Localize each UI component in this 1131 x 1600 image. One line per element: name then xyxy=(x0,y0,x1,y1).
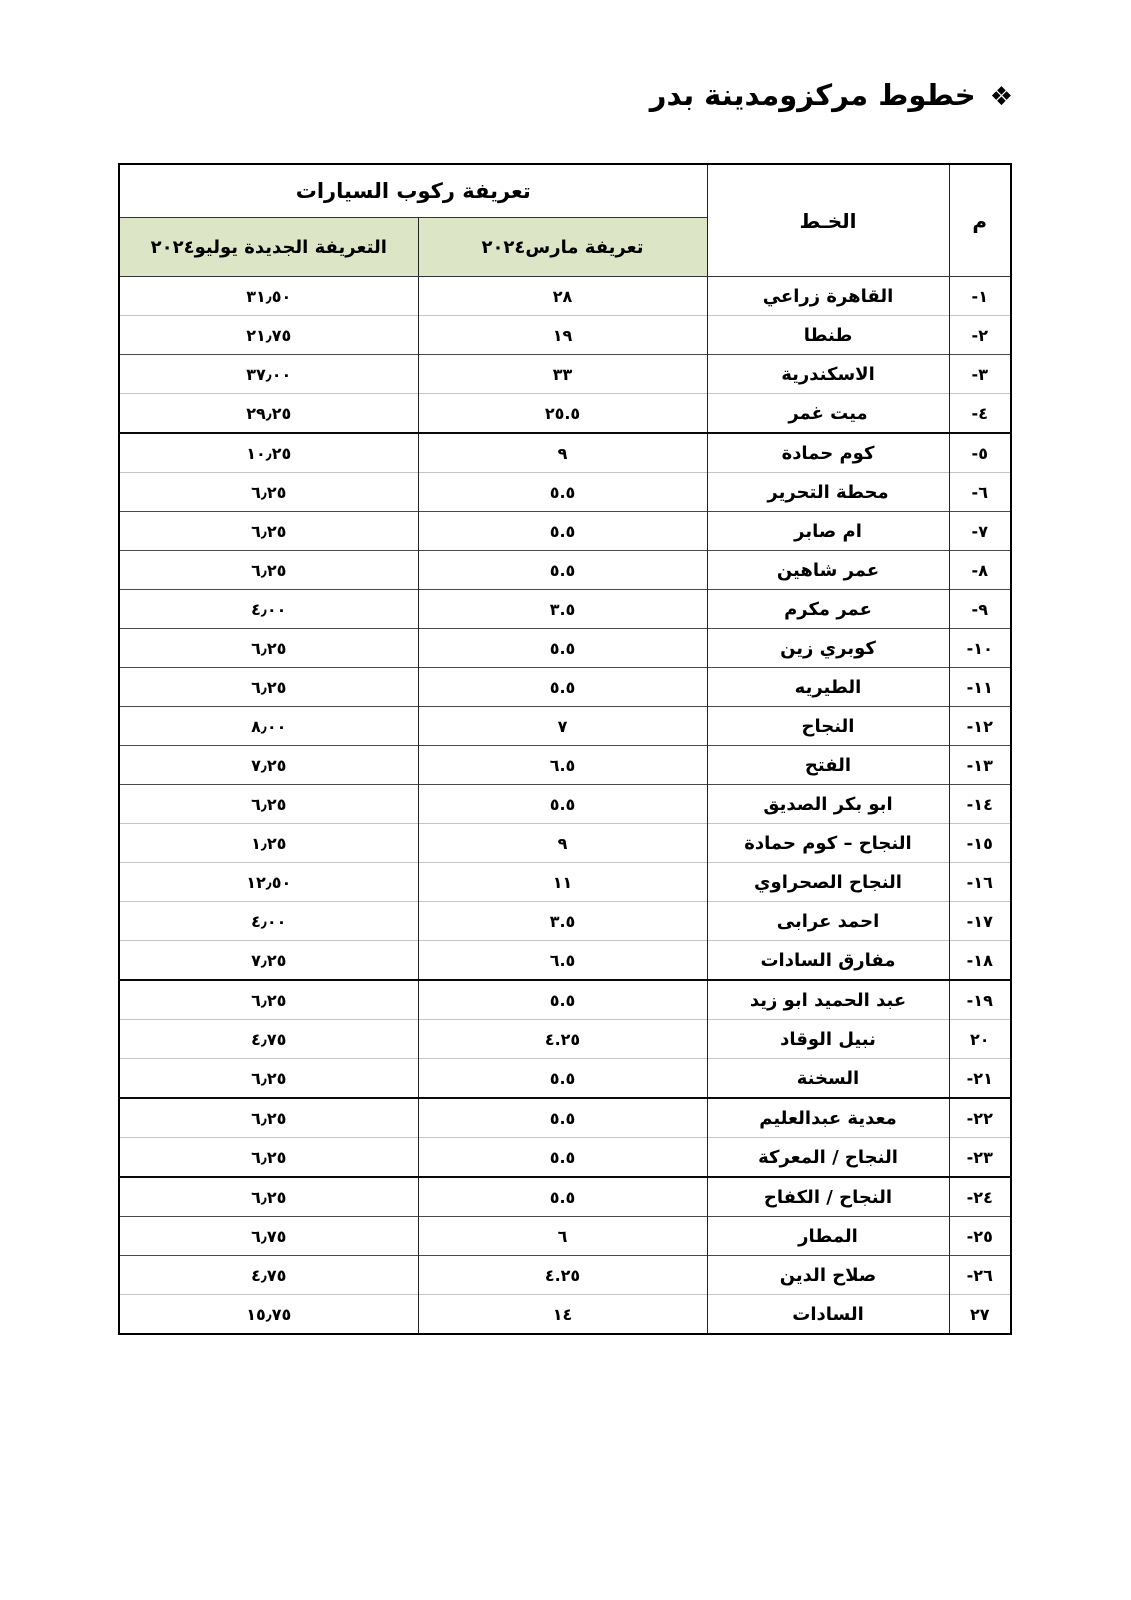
line-name-cell: النجاح xyxy=(707,707,949,746)
table-row: ٢٠نبيل الوقاد٤.٢٥٤٫٧٥ xyxy=(119,1020,1011,1059)
row-number-cell: -٢١ xyxy=(949,1059,1011,1099)
table-row: -١٥النجاح – كوم حمادة٩١٫٢٥ xyxy=(119,824,1011,863)
row-number-cell: -١٣ xyxy=(949,746,1011,785)
table-row: -٢٥المطار٦٦٫٧٥ xyxy=(119,1217,1011,1256)
new-fare-cell: ٣٧٫٠٠ xyxy=(119,355,418,394)
march-fare-cell: ٩ xyxy=(418,433,707,473)
march-fare-cell: ٦ xyxy=(418,1217,707,1256)
row-number-cell: -٨ xyxy=(949,551,1011,590)
column-header-number: م xyxy=(949,164,1011,277)
new-fare-cell: ٦٫٢٥ xyxy=(119,785,418,824)
march-fare-cell: ١٤ xyxy=(418,1295,707,1335)
new-fare-cell: ٦٫٢٥ xyxy=(119,551,418,590)
new-fare-cell: ١٢٫٥٠ xyxy=(119,863,418,902)
fare-table-header: م الخـط تعريفة ركوب السيارات تعريفة مارس… xyxy=(119,164,1011,277)
table-row: -٩عمر مكرم٣.٥٤٫٠٠ xyxy=(119,590,1011,629)
line-name-cell: طنطا xyxy=(707,316,949,355)
document-page: ❖ خطوط مركزومدينة بدر م الخـط تعريفة ركو… xyxy=(0,0,1131,1600)
new-fare-cell: ١٥٫٧٥ xyxy=(119,1295,418,1335)
new-fare-cell: ٢٩٫٢٥ xyxy=(119,394,418,434)
new-fare-cell: ٨٫٠٠ xyxy=(119,707,418,746)
table-row: ٢٧السادات١٤١٥٫٧٥ xyxy=(119,1295,1011,1335)
new-fare-cell: ٢١٫٧٥ xyxy=(119,316,418,355)
line-name-cell: محطة التحرير xyxy=(707,473,949,512)
table-row: -١٧احمد عرابى٣.٥٤٫٠٠ xyxy=(119,902,1011,941)
line-name-cell: القاهرة زراعي xyxy=(707,277,949,316)
march-fare-cell: ٣.٥ xyxy=(418,590,707,629)
new-fare-cell: ٦٫٢٥ xyxy=(119,1098,418,1138)
table-row: -١٦النجاح الصحراوي١١١٢٫٥٠ xyxy=(119,863,1011,902)
line-name-cell: معدية عبدالعليم xyxy=(707,1098,949,1138)
fare-table-body: -١القاهرة زراعي٢٨٣١٫٥٠-٢طنطا١٩٢١٫٧٥-٣الا… xyxy=(119,277,1011,1335)
line-name-cell: كوم حمادة xyxy=(707,433,949,473)
march-fare-cell: ٤.٢٥ xyxy=(418,1020,707,1059)
table-row: -١١الطيريه٥.٥٦٫٢٥ xyxy=(119,668,1011,707)
line-name-cell: النجاح – كوم حمادة xyxy=(707,824,949,863)
row-number-cell: -١١ xyxy=(949,668,1011,707)
row-number-cell: -١ xyxy=(949,277,1011,316)
new-fare-cell: ٤٫٧٥ xyxy=(119,1256,418,1295)
row-number-cell: -١٨ xyxy=(949,941,1011,981)
new-fare-cell: ١٫٢٥ xyxy=(119,824,418,863)
row-number-cell: -١٦ xyxy=(949,863,1011,902)
column-header-march-2024-tariff: تعريفة مارس٢٠٢٤ xyxy=(418,218,707,277)
fare-table: م الخـط تعريفة ركوب السيارات تعريفة مارس… xyxy=(118,163,1012,1335)
line-name-cell: ميت غمر xyxy=(707,394,949,434)
header-row-top: م الخـط تعريفة ركوب السيارات xyxy=(119,164,1011,218)
march-fare-cell: ٤.٢٥ xyxy=(418,1256,707,1295)
march-fare-cell: ١٩ xyxy=(418,316,707,355)
march-fare-cell: ٥.٥ xyxy=(418,1138,707,1178)
table-row: -٣الاسكندرية٣٣٣٧٫٠٠ xyxy=(119,355,1011,394)
table-row: -١القاهرة زراعي٢٨٣١٫٥٠ xyxy=(119,277,1011,316)
row-number-cell: -٣ xyxy=(949,355,1011,394)
new-fare-cell: ٦٫٢٥ xyxy=(119,473,418,512)
new-fare-cell: ٦٫٧٥ xyxy=(119,1217,418,1256)
march-fare-cell: ٥.٥ xyxy=(418,980,707,1020)
table-row: -٦محطة التحرير٥.٥٦٫٢٥ xyxy=(119,473,1011,512)
row-number-cell: -١٤ xyxy=(949,785,1011,824)
march-fare-cell: ٣.٥ xyxy=(418,902,707,941)
line-name-cell: الاسكندرية xyxy=(707,355,949,394)
march-fare-cell: ٥.٥ xyxy=(418,473,707,512)
line-name-cell: نبيل الوقاد xyxy=(707,1020,949,1059)
new-fare-cell: ٤٫٠٠ xyxy=(119,902,418,941)
march-fare-cell: ٥.٥ xyxy=(418,1059,707,1099)
line-name-cell: النجاح / المعركة xyxy=(707,1138,949,1178)
row-number-cell: ٢٧ xyxy=(949,1295,1011,1335)
line-name-cell: المطار xyxy=(707,1217,949,1256)
table-row: -٢٢معدية عبدالعليم٥.٥٦٫٢٥ xyxy=(119,1098,1011,1138)
row-number-cell: -٦ xyxy=(949,473,1011,512)
row-number-cell: -١٠ xyxy=(949,629,1011,668)
march-fare-cell: ٥.٥ xyxy=(418,551,707,590)
table-row: -١٩عبد الحميد ابو زيد٥.٥٦٫٢٥ xyxy=(119,980,1011,1020)
new-fare-cell: ٦٫٢٥ xyxy=(119,1138,418,1178)
table-row: -١٣الفتح٦.٥٧٫٢٥ xyxy=(119,746,1011,785)
line-name-cell: السادات xyxy=(707,1295,949,1335)
table-row: -١٤ابو بكر الصديق٥.٥٦٫٢٥ xyxy=(119,785,1011,824)
row-number-cell: -٧ xyxy=(949,512,1011,551)
new-fare-cell: ٦٫٢٥ xyxy=(119,980,418,1020)
row-number-cell: -١٩ xyxy=(949,980,1011,1020)
document-title-row: ❖ خطوط مركزومدينة بدر xyxy=(118,78,1013,112)
column-header-new-july-2024-tariff: التعريفة الجديدة يوليو٢٠٢٤ xyxy=(119,218,418,277)
row-number-cell: ٢٠ xyxy=(949,1020,1011,1059)
row-number-cell: -٢٤ xyxy=(949,1177,1011,1217)
row-number-cell: -٢٢ xyxy=(949,1098,1011,1138)
line-name-cell: مفارق السادات xyxy=(707,941,949,981)
march-fare-cell: ١١ xyxy=(418,863,707,902)
line-name-cell: عمر شاهين xyxy=(707,551,949,590)
table-row: -١٨مفارق السادات٦.٥٧٫٢٥ xyxy=(119,941,1011,981)
new-fare-cell: ٣١٫٥٠ xyxy=(119,277,418,316)
line-name-cell: ابو بكر الصديق xyxy=(707,785,949,824)
new-fare-cell: ٦٫٢٥ xyxy=(119,629,418,668)
march-fare-cell: ٧ xyxy=(418,707,707,746)
table-row: -٧ام صابر٥.٥٦٫٢٥ xyxy=(119,512,1011,551)
new-fare-cell: ٦٫٢٥ xyxy=(119,512,418,551)
row-number-cell: -٩ xyxy=(949,590,1011,629)
new-fare-cell: ٦٫٢٥ xyxy=(119,1177,418,1217)
march-fare-cell: ٥.٥ xyxy=(418,668,707,707)
table-row: -٨عمر شاهين٥.٥٦٫٢٥ xyxy=(119,551,1011,590)
march-fare-cell: ٦.٥ xyxy=(418,746,707,785)
row-number-cell: -٤ xyxy=(949,394,1011,434)
new-fare-cell: ٧٫٢٥ xyxy=(119,941,418,981)
line-name-cell: صلاح الدين xyxy=(707,1256,949,1295)
row-number-cell: -١٢ xyxy=(949,707,1011,746)
line-name-cell: كوبري زين xyxy=(707,629,949,668)
table-row: -٤ميت غمر٢٥.٥٢٩٫٢٥ xyxy=(119,394,1011,434)
line-name-cell: احمد عرابى xyxy=(707,902,949,941)
march-fare-cell: ٢٥.٥ xyxy=(418,394,707,434)
table-row: -٢٤النجاح / الكفاح٥.٥٦٫٢٥ xyxy=(119,1177,1011,1217)
new-fare-cell: ١٠٫٢٥ xyxy=(119,433,418,473)
line-name-cell: عبد الحميد ابو زيد xyxy=(707,980,949,1020)
row-number-cell: -١٥ xyxy=(949,824,1011,863)
row-number-cell: -٢٦ xyxy=(949,1256,1011,1295)
line-name-cell: عمر مكرم xyxy=(707,590,949,629)
row-number-cell: -٢٥ xyxy=(949,1217,1011,1256)
march-fare-cell: ٢٨ xyxy=(418,277,707,316)
new-fare-cell: ٦٫٢٥ xyxy=(119,668,418,707)
table-row: -٢٦صلاح الدين٤.٢٥٤٫٧٥ xyxy=(119,1256,1011,1295)
column-group-header-car-tariff: تعريفة ركوب السيارات xyxy=(119,164,707,218)
march-fare-cell: ٥.٥ xyxy=(418,1177,707,1217)
line-name-cell: النجاح الصحراوي xyxy=(707,863,949,902)
column-header-line: الخـط xyxy=(707,164,949,277)
new-fare-cell: ٧٫٢٥ xyxy=(119,746,418,785)
table-row: -١٢النجاح٧٨٫٠٠ xyxy=(119,707,1011,746)
line-name-cell: الطيريه xyxy=(707,668,949,707)
line-name-cell: الفتح xyxy=(707,746,949,785)
table-row: -١٠كوبري زين٥.٥٦٫٢٥ xyxy=(119,629,1011,668)
table-row: -٥كوم حمادة٩١٠٫٢٥ xyxy=(119,433,1011,473)
table-row: -٢١السخنة٥.٥٦٫٢٥ xyxy=(119,1059,1011,1099)
line-name-cell: النجاح / الكفاح xyxy=(707,1177,949,1217)
march-fare-cell: ٥.٥ xyxy=(418,512,707,551)
march-fare-cell: ٩ xyxy=(418,824,707,863)
new-fare-cell: ٤٫٠٠ xyxy=(119,590,418,629)
row-number-cell: -١٧ xyxy=(949,902,1011,941)
row-number-cell: -٥ xyxy=(949,433,1011,473)
line-name-cell: ام صابر xyxy=(707,512,949,551)
march-fare-cell: ٥.٥ xyxy=(418,1098,707,1138)
table-row: -٢٣النجاح / المعركة٥.٥٦٫٢٥ xyxy=(119,1138,1011,1178)
march-fare-cell: ٦.٥ xyxy=(418,941,707,981)
diamond-bullet-icon: ❖ xyxy=(990,84,1013,110)
march-fare-cell: ٥.٥ xyxy=(418,785,707,824)
march-fare-cell: ٥.٥ xyxy=(418,629,707,668)
new-fare-cell: ٦٫٢٥ xyxy=(119,1059,418,1099)
row-number-cell: -٢ xyxy=(949,316,1011,355)
line-name-cell: السخنة xyxy=(707,1059,949,1099)
page-title: خطوط مركزومدينة بدر xyxy=(650,78,976,112)
new-fare-cell: ٤٫٧٥ xyxy=(119,1020,418,1059)
table-row: -٢طنطا١٩٢١٫٧٥ xyxy=(119,316,1011,355)
march-fare-cell: ٣٣ xyxy=(418,355,707,394)
row-number-cell: -٢٣ xyxy=(949,1138,1011,1178)
